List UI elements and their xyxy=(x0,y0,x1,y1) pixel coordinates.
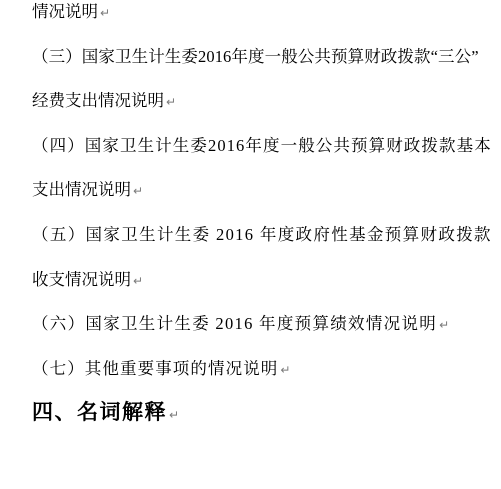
document-line: （五）国家卫生计生委 2016 年度政府性基金预算财政拨款 xyxy=(32,213,501,258)
line-text: 支出情况说明 xyxy=(32,180,131,199)
document-line: 经费支出情况说明↵ xyxy=(32,79,501,124)
line-text: 情况说明 xyxy=(32,2,98,21)
paragraph-mark-icon: ↵ xyxy=(133,184,143,198)
paragraph-mark-icon: ↵ xyxy=(166,95,176,109)
line-text: （五）国家卫生计生委 2016 年度政府性基金预算财政拨款 xyxy=(32,225,492,244)
paragraph-mark-icon: ↵ xyxy=(169,408,179,422)
paragraph-mark-icon: ↵ xyxy=(133,274,143,288)
document-line: （三）国家卫生计生委2016年度一般公共预算财政拨款“三公” xyxy=(32,35,501,80)
document-line: 情况说明↵ xyxy=(32,0,501,35)
document-page: 情况说明↵（三）国家卫生计生委2016年度一般公共预算财政拨款“三公”经费支出情… xyxy=(0,0,501,489)
line-text: （四）国家卫生计生委2016年度一般公共预算财政拨款基本 xyxy=(32,136,492,155)
section-heading: 四、名词解释↵ xyxy=(32,391,501,436)
document-body: 情况说明↵（三）国家卫生计生委2016年度一般公共预算财政拨款“三公”经费支出情… xyxy=(32,0,501,436)
line-text: （七）其他重要事项的情况说明 xyxy=(32,359,278,378)
line-text: （六）国家卫生计生委 2016 年度预算绩效情况说明 xyxy=(32,314,437,333)
paragraph-mark-icon: ↵ xyxy=(439,318,449,332)
document-line: （四）国家卫生计生委2016年度一般公共预算财政拨款基本 xyxy=(32,124,501,169)
document-line: 支出情况说明↵ xyxy=(32,168,501,213)
paragraph-mark-icon: ↵ xyxy=(280,363,290,377)
document-line: （七）其他重要事项的情况说明↵ xyxy=(32,347,501,392)
document-line: 收支情况说明↵ xyxy=(32,258,501,303)
line-text: 四、名词解释 xyxy=(32,401,167,424)
line-text: （三）国家卫生计生委2016年度一般公共预算财政拨款“三公” xyxy=(32,47,479,66)
paragraph-mark-icon: ↵ xyxy=(100,6,110,20)
line-text: 收支情况说明 xyxy=(32,270,131,289)
document-line: （六）国家卫生计生委 2016 年度预算绩效情况说明↵ xyxy=(32,302,501,347)
line-text: 经费支出情况说明 xyxy=(32,91,164,110)
